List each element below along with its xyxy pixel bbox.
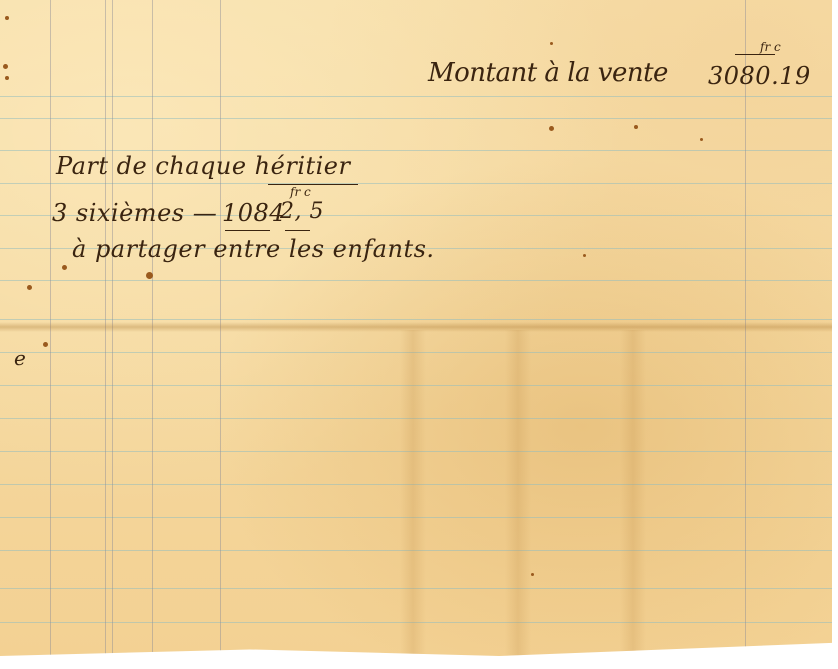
body-line-1-underline <box>268 184 358 185</box>
margin-note: e <box>14 346 26 370</box>
header-superscript-rule <box>735 54 775 55</box>
body-line-2-amount: 1084 <box>222 199 285 227</box>
body-line-2-decimal: 2, 5 <box>280 199 324 224</box>
header-label: Montant à la vente <box>428 58 668 88</box>
body-line-1: Part de chaque héritier <box>56 152 350 180</box>
ink-spot <box>700 138 703 141</box>
ruled-line <box>0 319 832 320</box>
ink-spot <box>634 125 638 129</box>
water-stain <box>505 330 531 656</box>
body-line-2-prefix: 3 sixièmes — <box>52 199 217 227</box>
body-line-3: à partager entre les enfants. <box>72 235 435 263</box>
ink-spot <box>531 573 534 576</box>
body-line-2-underline <box>225 230 270 231</box>
ink-spot <box>3 64 8 69</box>
ink-spot <box>550 42 553 45</box>
ledger-paper <box>0 0 832 656</box>
body-line-2-underline-decimal <box>285 230 310 231</box>
ink-spot <box>62 265 67 270</box>
ruled-line <box>0 280 832 281</box>
ruled-line <box>0 118 832 119</box>
water-stain <box>620 330 646 656</box>
ink-spot <box>146 272 153 279</box>
ruled-line <box>0 96 832 97</box>
water-stain <box>400 330 426 656</box>
ink-spot <box>583 254 586 257</box>
ink-spot <box>549 126 554 131</box>
ruled-line <box>0 183 832 184</box>
ink-spot <box>27 285 32 290</box>
ink-spot <box>43 342 48 347</box>
header-amount-superscript: fr c <box>760 40 781 54</box>
ink-spot <box>5 16 9 20</box>
ink-spot <box>5 76 9 80</box>
header-amount: 3080.19 <box>708 62 811 90</box>
body-line-2-superscript: fr c <box>290 185 311 199</box>
ruled-line <box>0 150 832 151</box>
